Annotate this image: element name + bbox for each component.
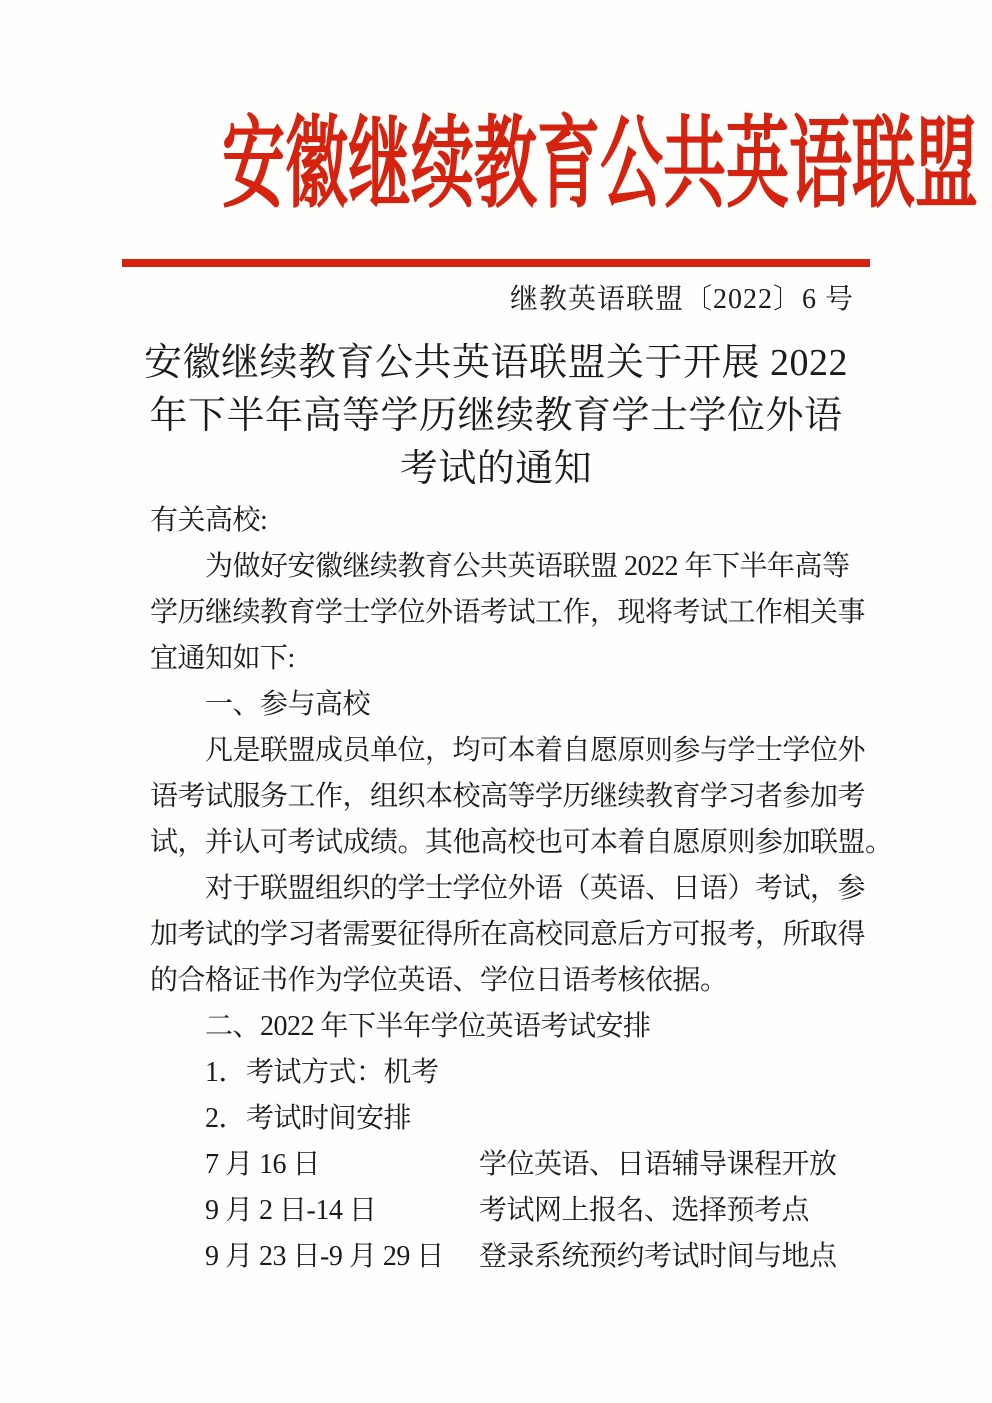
document-title: 安徽继续教育公共英语联盟关于开展 2022 年下半年高等学历继续教育学士学位外语…: [0, 337, 992, 496]
salutation: 有关高校:: [150, 498, 862, 544]
letterhead-masthead: 安徽继续教育公共英语联盟: [0, 112, 992, 217]
intro-paragraph-line: 为做好安徽继续教育公共英语联盟 2022 年下半年高等: [150, 544, 862, 590]
paragraph-1-line: 语考试服务工作，组织本校高等学历继续教育学习者参加考: [150, 774, 862, 820]
intro-paragraph-line: 宜通知如下:: [150, 636, 862, 682]
paragraph-2-line: 的合格证书作为学位英语、学位日语考核依据。: [150, 958, 862, 1004]
list-item-exam-method: 1．考试方式：机考: [150, 1050, 862, 1096]
document-title-line-2: 年下半年高等学历继续教育学士学位外语: [0, 390, 992, 443]
paragraph-2-line: 加考试的学习者需要征得所在高校同意后方可报考，所取得: [150, 912, 862, 958]
section-2-heading: 二、2022 年下半年学位英语考试安排: [150, 1004, 862, 1050]
schedule-description: 考试网上报名、选择预考点: [479, 1188, 862, 1234]
paragraph-1-line: 凡是联盟成员单位，均可本着自愿原则参与学士学位外: [150, 728, 862, 774]
schedule-description: 学位英语、日语辅导课程开放: [479, 1142, 862, 1188]
letterhead-title: 安徽继续教育公共英语联盟: [222, 112, 978, 217]
schedule-row: 7 月 16 日 学位英语、日语辅导课程开放: [205, 1142, 862, 1188]
schedule-row: 9 月 23 日-9 月 29 日 登录系统预约考试时间与地点: [205, 1234, 862, 1280]
notice-document-page: 安徽继续教育公共英语联盟 继教英语联盟〔2022〕6 号 安徽继续教育公共英语联…: [0, 0, 992, 1403]
schedule-date: 9 月 2 日-14 日: [205, 1188, 479, 1234]
intro-paragraph-line: 学历继续教育学士学位外语考试工作，现将考试工作相关事: [150, 590, 862, 636]
paragraph-1-line: 试，并认可考试成绩。其他高校也可本着自愿原则参加联盟。: [150, 820, 862, 866]
section-1-heading: 一、参与高校: [150, 682, 862, 728]
document-body: 有关高校: 为做好安徽继续教育公共英语联盟 2022 年下半年高等 学历继续教育…: [150, 498, 862, 1280]
schedule-date: 7 月 16 日: [205, 1142, 479, 1188]
document-title-line-3: 考试的通知: [0, 443, 992, 496]
list-item-exam-schedule: 2．考试时间安排: [150, 1096, 862, 1142]
schedule-date: 9 月 23 日-9 月 29 日: [205, 1234, 479, 1280]
schedule-row: 9 月 2 日-14 日 考试网上报名、选择预考点: [205, 1188, 862, 1234]
document-number: 继教英语联盟〔2022〕6 号: [150, 283, 854, 317]
paragraph-2-line: 对于联盟组织的学士学位外语（英语、日语）考试，参: [150, 866, 862, 912]
document-title-line-1: 安徽继续教育公共英语联盟关于开展 2022: [0, 337, 992, 390]
letterhead-rule: [122, 259, 870, 267]
schedule-description: 登录系统预约考试时间与地点: [479, 1234, 862, 1280]
